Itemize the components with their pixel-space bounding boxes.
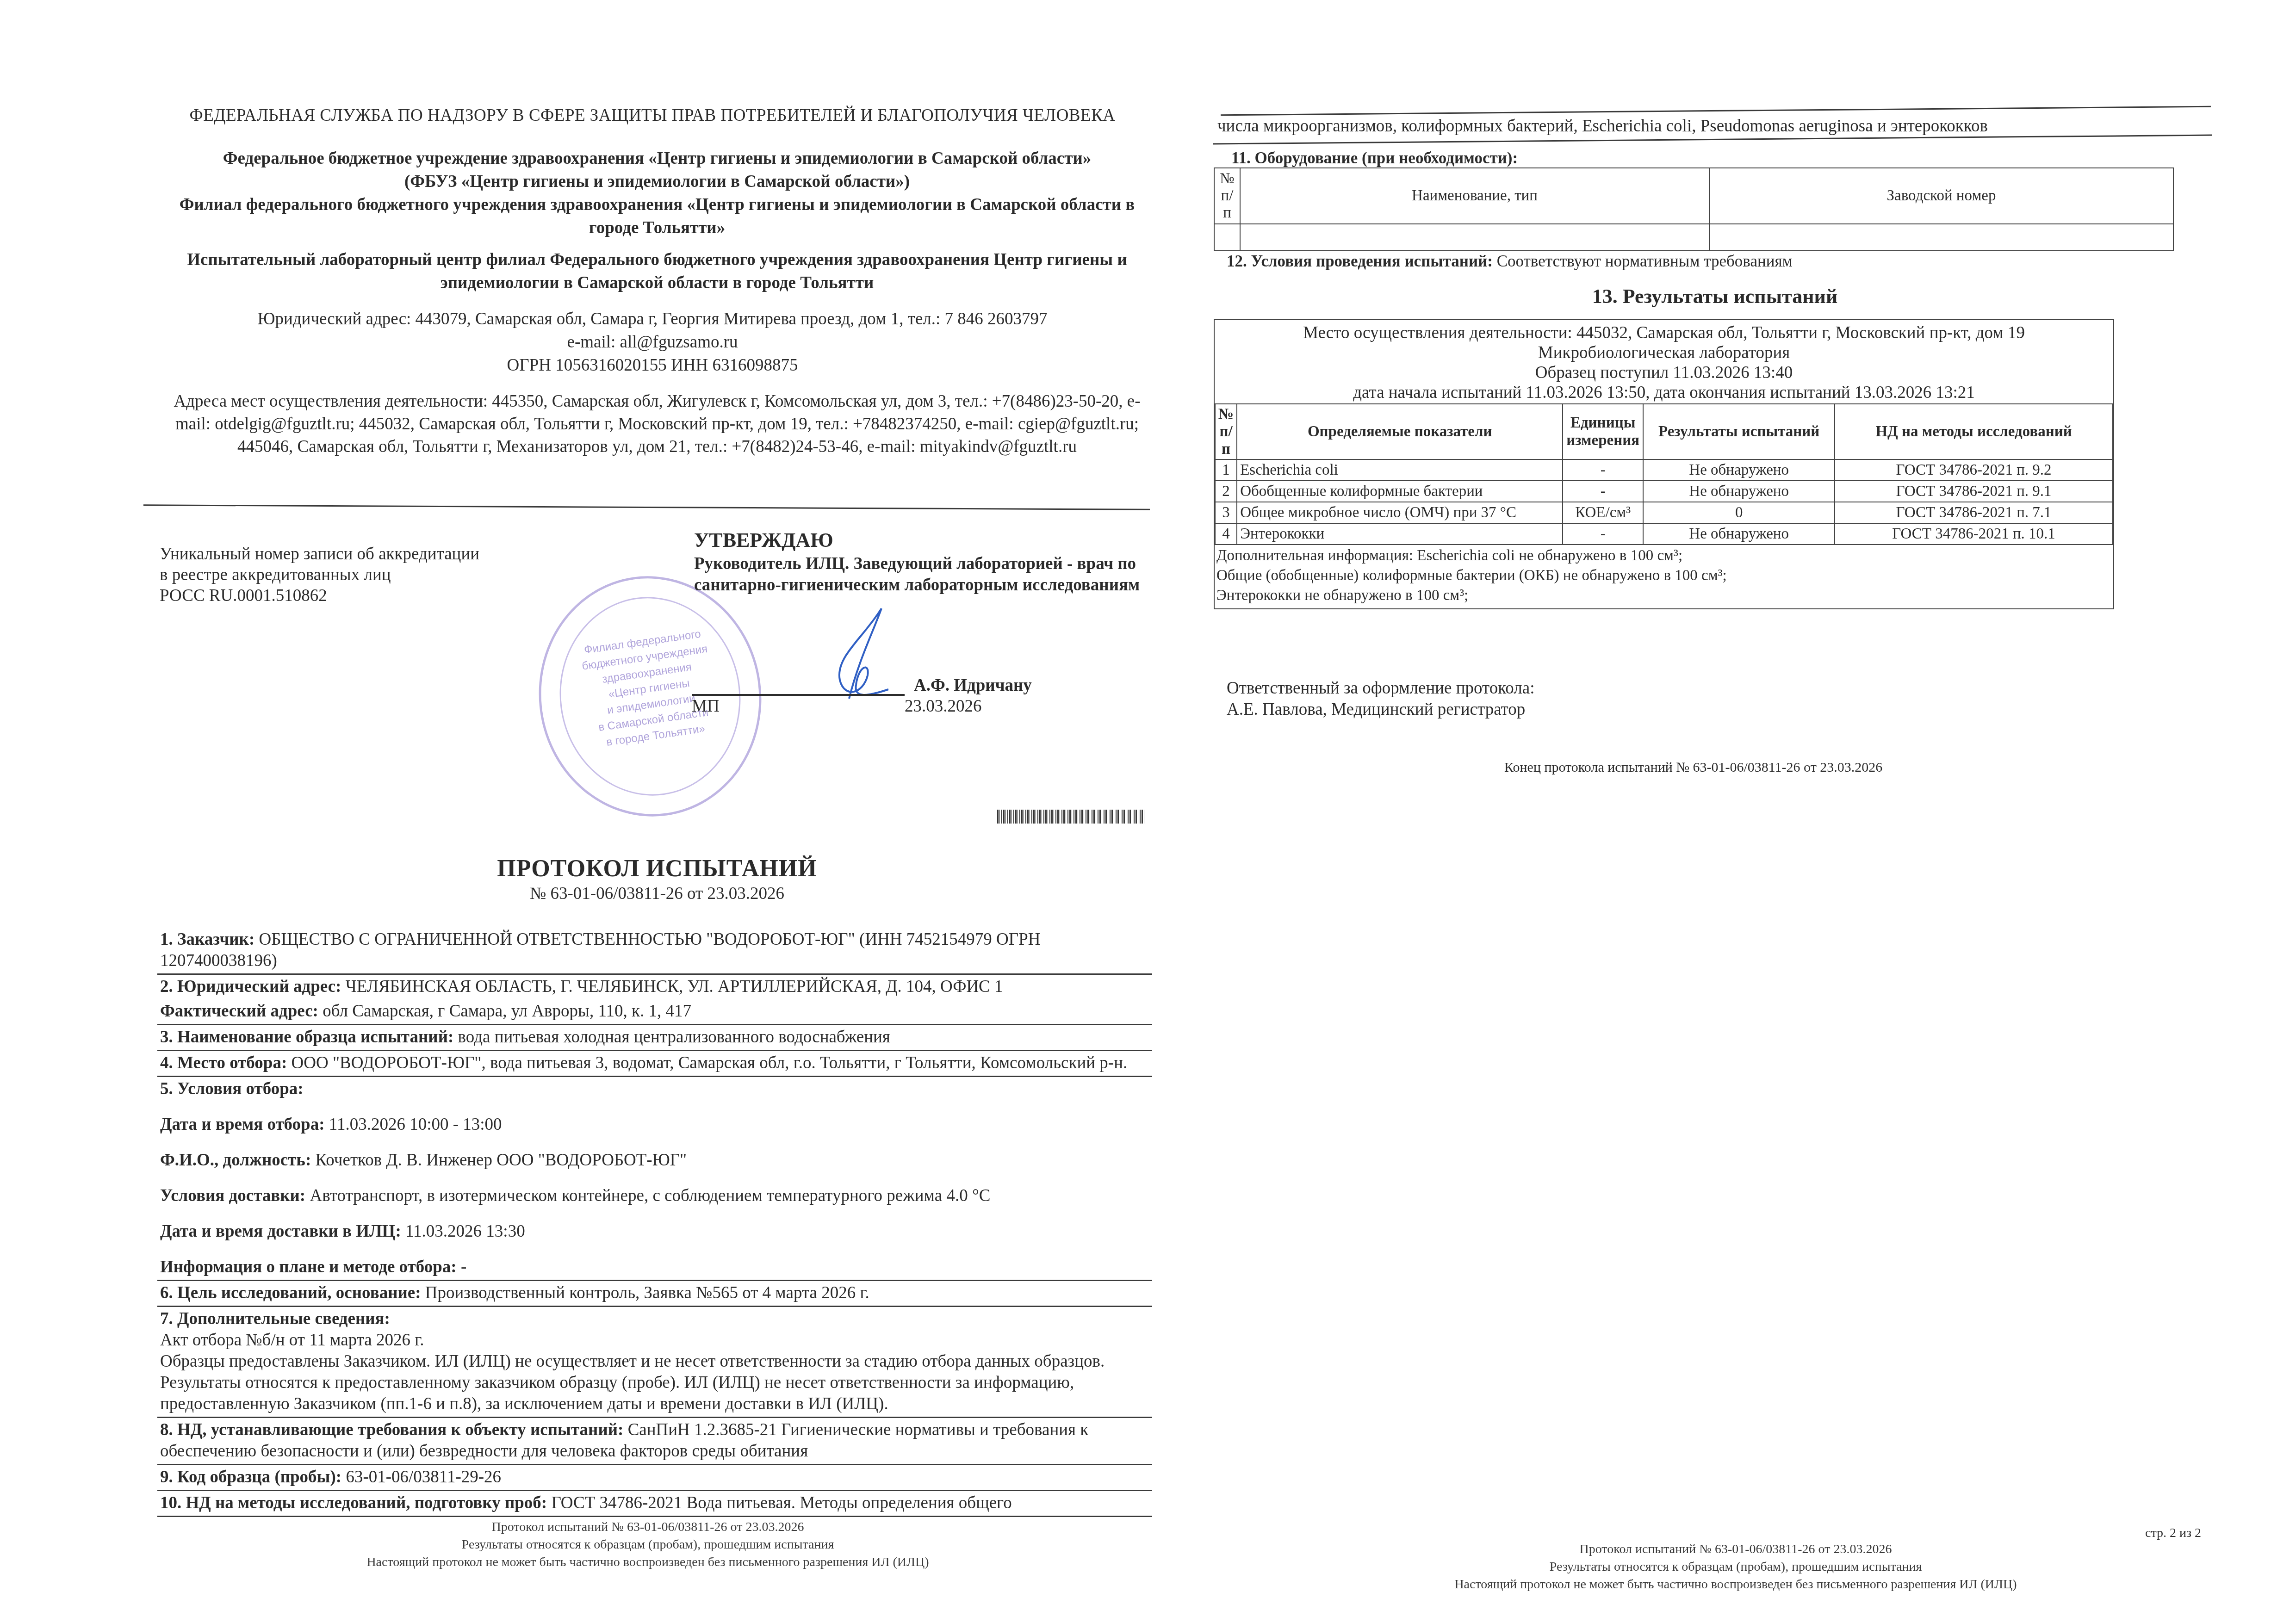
responsible-name: А.Е. Павлова, Медицинский регистратор bbox=[1227, 699, 1535, 720]
section-sampling-conditions: 5. Условия отбора: bbox=[157, 1077, 1152, 1102]
row-number: 2 bbox=[1215, 481, 1237, 502]
row-number: 4 bbox=[1215, 523, 1237, 545]
indicator-cell: Энтерококки bbox=[1237, 523, 1563, 545]
section-sample-name: 3. Наименование образца испытаний: вода … bbox=[157, 1025, 1152, 1051]
results-title: 13. Результаты испытаний bbox=[1213, 285, 2217, 308]
sampler-person: Ф.И.О., должность: Кочетков Д. В. Инжене… bbox=[157, 1148, 1152, 1173]
unit-cell: КОЕ/см³ bbox=[1563, 502, 1643, 523]
approver-role: Руководитель ИЛЦ. Заведующий лабораторие… bbox=[694, 553, 1152, 596]
accreditation-block: Уникальный номер записи об аккредитации … bbox=[160, 544, 576, 606]
test-conditions: 12. Условия проведения испытаний: Соотве… bbox=[1227, 252, 1793, 271]
footer-results-note: Результаты относятся к образцам (пробам)… bbox=[1365, 1558, 2106, 1576]
stamp-text: Филиал федеральногобюджетного учреждения… bbox=[561, 623, 737, 755]
result-cell: Не обнаружено bbox=[1643, 481, 1835, 502]
header-divider bbox=[143, 504, 1150, 510]
extra-info-line: Энтерококки не обнаружено в 100 см³; bbox=[1216, 586, 2110, 606]
extra-info-line: Общие (обобщенные) колиформные бактерии … bbox=[1216, 566, 2110, 586]
equipment-col-name: Наименование, тип bbox=[1240, 168, 1709, 224]
stamp-place-label: МП bbox=[692, 696, 720, 716]
sampling-datetime: Дата и время отбора: 11.03.2026 10:00 - … bbox=[157, 1113, 1152, 1137]
lab-name: Испытательный лабораторный центр филиал … bbox=[157, 248, 1157, 295]
method-cell: ГОСТ 34786-2021 п. 7.1 bbox=[1835, 502, 2113, 523]
protocol-end: Конец протокола испытаний № 63-01-06/038… bbox=[1504, 760, 1882, 775]
result-cell: 0 bbox=[1643, 502, 1835, 523]
delivery-datetime: Дата и время доставки в ИЛЦ: 11.03.2026 … bbox=[157, 1220, 1152, 1244]
org-short-name: (ФБУЗ «Центр гигиены и эпидемиологии в С… bbox=[157, 170, 1157, 193]
accreditation-number: РОСС RU.0001.510862 bbox=[160, 585, 576, 606]
results-site: Место осуществления деятельности: 445032… bbox=[1215, 323, 2113, 343]
col-method: НД на методы исследований bbox=[1835, 404, 2113, 459]
footer-protocol-ref: Протокол испытаний № 63-01-06/03811-26 о… bbox=[231, 1518, 1064, 1536]
page-number: стр. 2 из 2 bbox=[2145, 1526, 2201, 1541]
results-additional-info: Дополнительная информация: Escherichia c… bbox=[1215, 545, 2113, 608]
equipment-col-number: № п/п bbox=[1214, 168, 1240, 224]
section-legal-address: 2. Юридический адрес: ЧЕЛЯБИНСКАЯ ОБЛАСТ… bbox=[157, 975, 1152, 999]
unit-cell: - bbox=[1563, 481, 1643, 502]
barcode bbox=[997, 810, 1145, 824]
sampling-plan-info: Информация о плане и методе отбора: - bbox=[157, 1255, 1152, 1281]
legal-address-block: Юридический адрес: 443079, Самарская обл… bbox=[153, 308, 1152, 377]
result-cell: Не обнаружено bbox=[1643, 459, 1835, 481]
accreditation-line-1: Уникальный номер записи об аккредитации bbox=[160, 544, 576, 564]
divider bbox=[1221, 106, 2211, 116]
footer-protocol-ref: Протокол испытаний № 63-01-06/03811-26 о… bbox=[1365, 1541, 2106, 1558]
section-sample-code: 9. Код образца (пробы): 63-01-06/03811-2… bbox=[157, 1465, 1152, 1491]
approver-name: А.Ф. Идричану bbox=[914, 675, 1032, 695]
sampling-act: Акт отбора №б/н от 11 марта 2026 г. bbox=[160, 1330, 1152, 1351]
table-row: 1Escherichia coli-Не обнаруженоГОСТ 3478… bbox=[1215, 459, 2113, 481]
method-cell: ГОСТ 34786-2021 п. 10.1 bbox=[1835, 523, 2113, 545]
equipment-table: № п/п Наименование, тип Заводской номер bbox=[1214, 167, 2174, 251]
branch-name: Филиал федерального бюджетного учреждени… bbox=[157, 193, 1157, 240]
delivery-conditions: Условия доставки: Автотранспорт, в изоте… bbox=[157, 1184, 1152, 1208]
method-cell: ГОСТ 34786-2021 п. 9.1 bbox=[1835, 481, 2113, 502]
row-number: 1 bbox=[1215, 459, 1237, 481]
equipment-label: 11. Оборудование (при необходимости): bbox=[1231, 149, 1518, 167]
section-requirements-docs: 8. НД, устанавливающие требования к объе… bbox=[157, 1418, 1152, 1465]
col-indicator: Определяемые показатели bbox=[1237, 404, 1563, 459]
approval-date: 23.03.2026 bbox=[905, 696, 982, 716]
table-row: 4Энтерококки-Не обнаруженоГОСТ 34786-202… bbox=[1215, 523, 2113, 545]
page-1-footer: Протокол испытаний № 63-01-06/03811-26 о… bbox=[231, 1518, 1064, 1571]
org-email: e-mail: all@fguzsamo.ru bbox=[153, 331, 1152, 354]
responsible-block: Ответственный за оформление протокола: А… bbox=[1227, 678, 1535, 720]
section-sampling-place: 4. Место отбора: ООО "ВОДОРОБОТ-ЮГ", вод… bbox=[157, 1051, 1152, 1077]
protocol-title: ПРОТОКОЛ ИСПЫТАНИЙ bbox=[139, 855, 1175, 882]
additional-info-text: Образцы предоставлены Заказчиком. ИЛ (ИЛ… bbox=[160, 1351, 1152, 1415]
section-actual-address: Фактический адрес: обл Самарская, г Сама… bbox=[157, 999, 1152, 1025]
page-1: ФЕДЕРАЛЬНАЯ СЛУЖБА ПО НАДЗОРУ В СФЕРЕ ЗА… bbox=[0, 0, 1148, 1623]
result-cell: Не обнаружено bbox=[1643, 523, 1835, 545]
footer-reproduction-note: Настоящий протокол не может быть частичн… bbox=[231, 1554, 1064, 1571]
section-methods-docs: 10. НД на методы исследований, подготовк… bbox=[157, 1491, 1152, 1517]
results-table: № п/п Определяемые показатели Единицы из… bbox=[1215, 403, 2113, 545]
col-number: № п/п bbox=[1215, 404, 1237, 459]
activity-sites: Адреса мест осуществления деятельности: … bbox=[160, 390, 1154, 458]
test-dates: дата начала испытаний 11.03.2026 13:50, … bbox=[1215, 383, 2113, 403]
indicator-cell: Общее микробное число (ОМЧ) при 37 °С bbox=[1237, 502, 1563, 523]
methods-continued: числа микроорганизмов, колиформных бакте… bbox=[1217, 116, 2212, 137]
signature-icon bbox=[831, 606, 891, 708]
col-unit: Единицы измерения bbox=[1563, 404, 1643, 459]
legal-address: Юридический адрес: 443079, Самарская обл… bbox=[153, 308, 1152, 331]
protocol-number: № 63-01-06/03811-26 от 23.03.2026 bbox=[139, 884, 1175, 904]
unit-cell: - bbox=[1563, 459, 1643, 481]
table-row: 3Общее микробное число (ОМЧ) при 37 °СКО… bbox=[1215, 502, 2113, 523]
responsible-label: Ответственный за оформление протокола: bbox=[1227, 678, 1535, 699]
page-2: числа микроорганизмов, колиформных бакте… bbox=[1148, 0, 2296, 1623]
signature-line bbox=[692, 694, 905, 696]
footer-results-note: Результаты относятся к образцам (пробам)… bbox=[231, 1536, 1064, 1554]
col-result: Результаты испытаний bbox=[1643, 404, 1835, 459]
table-row bbox=[1214, 224, 2173, 251]
row-number: 3 bbox=[1215, 502, 1237, 523]
sample-received: Образец поступил 11.03.2026 13:40 bbox=[1215, 363, 2113, 383]
ogrn-inn: ОГРН 1056316020155 ИНН 6316098875 bbox=[153, 354, 1152, 377]
section-purpose: 6. Цель исследований, основание: Произво… bbox=[157, 1281, 1152, 1307]
approval-title: УТВЕРЖДАЮ bbox=[694, 527, 1152, 553]
organization-header: Федеральное бюджетное учреждение здравоо… bbox=[157, 147, 1157, 240]
indicator-cell: Escherichia coli bbox=[1237, 459, 1563, 481]
accreditation-line-2: в реестре аккредитованных лиц bbox=[160, 564, 576, 585]
method-cell: ГОСТ 34786-2021 п. 9.2 bbox=[1835, 459, 2113, 481]
equipment-col-serial: Заводской номер bbox=[1709, 168, 2173, 224]
results-meta: Место осуществления деятельности: 445032… bbox=[1215, 320, 2113, 403]
page-2-footer: Протокол испытаний № 63-01-06/03811-26 о… bbox=[1365, 1541, 2106, 1593]
section-customer: 1. Заказчик: ОБЩЕСТВО С ОГРАНИЧЕННОЙ ОТВ… bbox=[157, 928, 1152, 975]
table-row: 2Обобщенные колиформные бактерии-Не обна… bbox=[1215, 481, 2113, 502]
org-name: Федеральное бюджетное учреждение здравоо… bbox=[157, 147, 1157, 170]
agency-header: ФЕДЕРАЛЬНАЯ СЛУЖБА ПО НАДЗОРУ В СФЕРЕ ЗА… bbox=[153, 104, 1152, 127]
footer-reproduction-note: Настоящий протокол не может быть частичн… bbox=[1365, 1576, 2106, 1593]
extra-info-line: Дополнительная информация: Escherichia c… bbox=[1216, 546, 2110, 566]
indicator-cell: Обобщенные колиформные бактерии bbox=[1237, 481, 1563, 502]
results-box: Место осуществления деятельности: 445032… bbox=[1214, 319, 2114, 609]
results-lab: Микробиологическая лаборатория bbox=[1215, 343, 2113, 363]
approval-block: УТВЕРЖДАЮ Руководитель ИЛЦ. Заведующий л… bbox=[694, 527, 1152, 596]
protocol-sections: 1. Заказчик: ОБЩЕСТВО С ОГРАНИЧЕННОЙ ОТВ… bbox=[157, 928, 1152, 1517]
unit-cell: - bbox=[1563, 523, 1643, 545]
section-additional-info: 7. Дополнительные сведения: Акт отбора №… bbox=[157, 1307, 1152, 1418]
